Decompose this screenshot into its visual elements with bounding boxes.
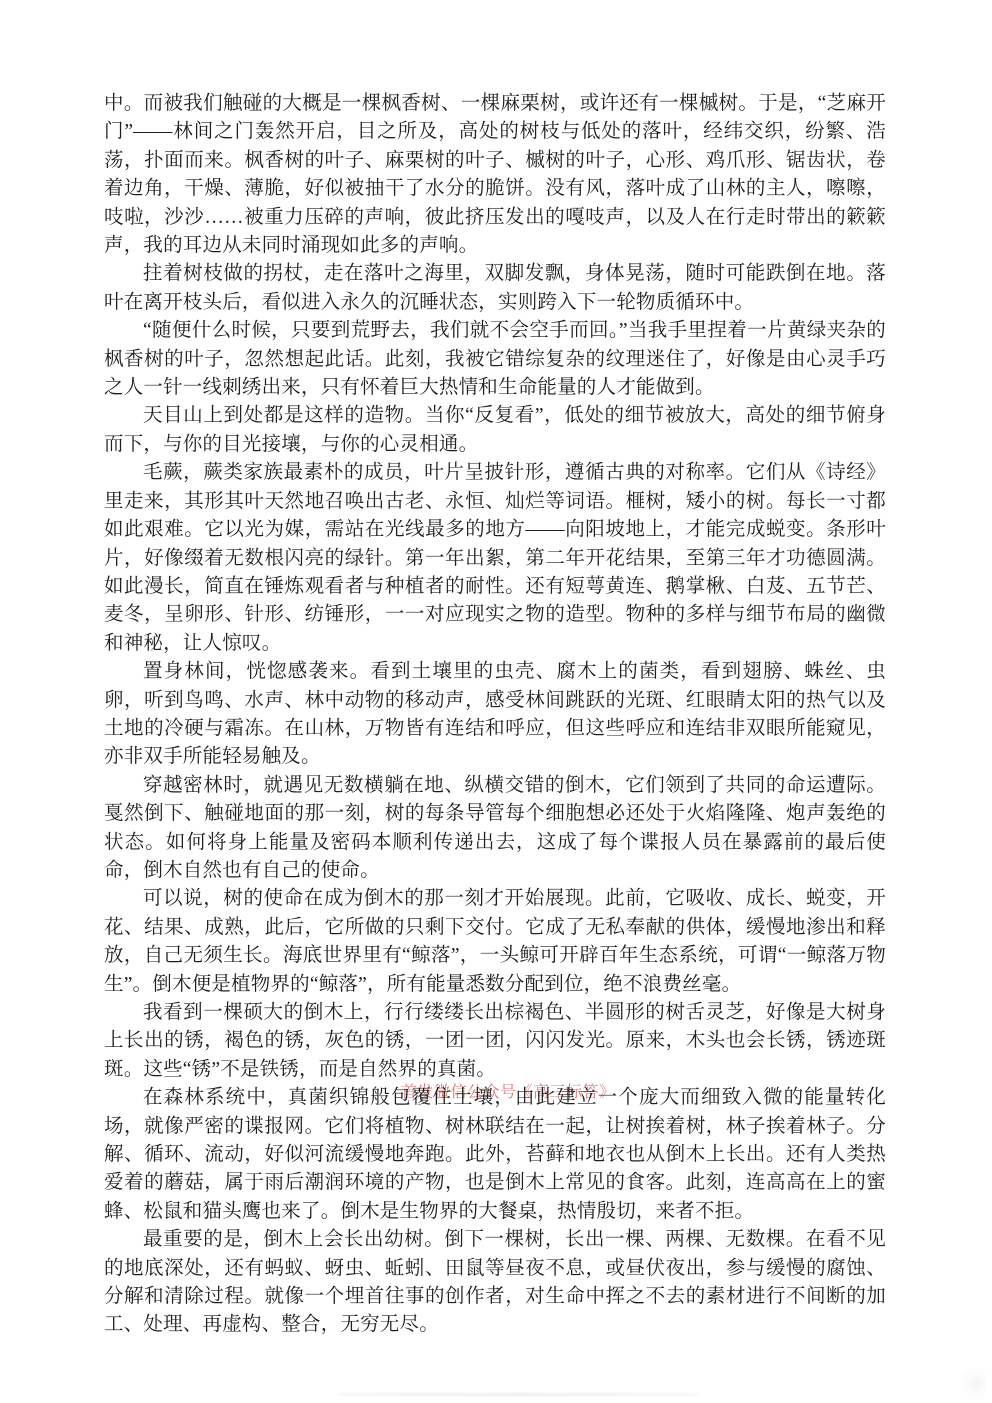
- paragraph: 毛蕨，蕨类家族最素朴的成员，叶片呈披针形，遵循古典的对称率。它们从《诗经》里走来…: [104, 459, 886, 658]
- paragraph: 拄着树枝做的拐杖，走在落叶之海里，双脚发飘，身体晃荡，随时可能跌倒在地。落叶在离…: [104, 260, 886, 317]
- essay-text-block: 中。而被我们触碰的大概是一棵枫香树、一棵麻栗树，或许还有一棵槭树。于是，“芝麻开…: [104, 90, 886, 1340]
- paragraph: 可以说，树的使命在成为倒木的那一刻才开始展现。此前，它吸收、成长、蜕变，开花、结…: [104, 885, 886, 999]
- scan-artifact-corner: [955, 1368, 985, 1398]
- paragraph: 最重要的是，倒木上会长出幼树。倒下一棵树，长出一棵、两棵、无数棵。在看不见的地底…: [104, 1226, 886, 1340]
- paragraph: 穿越密林时，就遇见无数横躺在地、纵横交错的倒木，它们领到了共同的命运遭际。戛然倒…: [104, 772, 886, 886]
- paragraph: 我看到一棵硕大的倒木上，行行缕缕长出棕褐色、半圆形的树舌灵芝，好像是大树身上长出…: [104, 999, 886, 1084]
- document-page: 中。而被我们触碰的大概是一棵枫香树、一棵麻栗树，或许还有一棵槭树。于是，“芝麻开…: [0, 0, 992, 1403]
- paragraph: 置身林间，恍惚感袭来。看到土壤里的虫壳、腐木上的菌类，看到翅膀、蛛丝、虫卵，听到…: [104, 658, 886, 772]
- paragraph: 天目山上到处都是这样的造物。当你“反复看”，低处的细节被放大，高处的细节俯身而下…: [104, 402, 886, 459]
- paragraph: “随便什么时候，只要到荒野去，我们就不会空手而回。”当我手里捏着一片黄绿夹杂的枫…: [104, 317, 886, 402]
- paragraph: 在森林系统中，真菌织锦般包覆住土壤，由此建立一个庞大而细致入微的能量转化场，就像…: [104, 1084, 886, 1226]
- scan-artifact-smudge: [340, 1393, 700, 1396]
- paragraph: 中。而被我们触碰的大概是一棵枫香树、一棵麻栗树，或许还有一棵槭树。于是，“芝麻开…: [104, 90, 886, 260]
